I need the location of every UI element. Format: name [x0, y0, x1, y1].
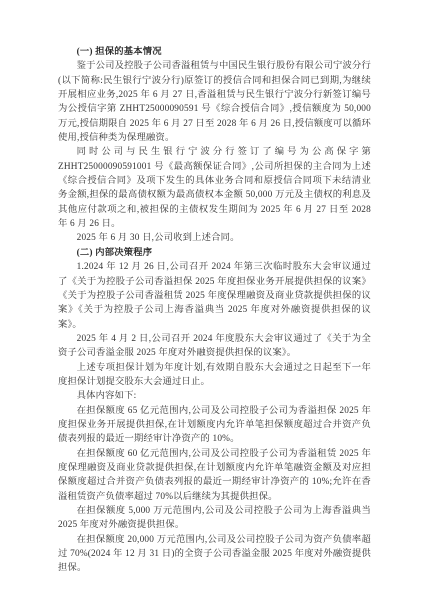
paragraph-details-intro: 具体内容如下: — [58, 389, 371, 403]
paragraph-shareholder-meeting-2024: 1.2024 年 12 月 26 日,公司召开 2024 年第三次临时股东大会审… — [58, 260, 371, 332]
paragraph-quota-20000wan: 在担保额度 20,000 万元范围内,公司及公司控股子公司为资产负债率超过 70… — [58, 533, 371, 576]
paragraph-max-guarantee-contract: 同时公司与民生银行宁波分行签订了编号为公高保字第 ZHHT25000090591… — [58, 145, 371, 231]
section-heading-guarantee-basics: (一) 担保的基本情况 — [58, 45, 371, 59]
paragraph-shareholder-meeting-2025: 2025 年 4 月 2 日,公司召开 2024 年度股东大会审议通过了《关于为… — [58, 332, 371, 361]
paragraph-quota-60yi: 在担保额度 60 亿元范围内,公司及公司控股子公司为香溢租赁 2025 年度保理… — [58, 447, 371, 504]
paragraph-credit-contract: 鉴于公司及控股子公司香溢租赁与中国民生银行股份有限公司宁波分行(以下简称:民生银… — [58, 59, 371, 145]
document-page: (一) 担保的基本情况 鉴于公司及控股子公司香溢租赁与中国民生银行股份有限公司宁… — [0, 0, 424, 600]
paragraph-plan-validity: 上述专项担保计划为年度计划,有效期自股东大会通过之日起至下一年度担保计划提交股东… — [58, 361, 371, 390]
paragraph-contract-received: 2025 年 6 月 30 日,公司收到上述合同。 — [58, 231, 371, 245]
paragraph-quota-65yi: 在担保额度 65 亿元范围内,公司及公司控股子公司为香溢担保 2025 年度担保… — [58, 404, 371, 447]
paragraph-quota-5000wan: 在担保额度 5,000 万元范围内,公司及公司控股子公司为上海香溢典当 2025… — [58, 504, 371, 533]
section-heading-internal-decision: (二) 内部决策程序 — [58, 246, 371, 260]
